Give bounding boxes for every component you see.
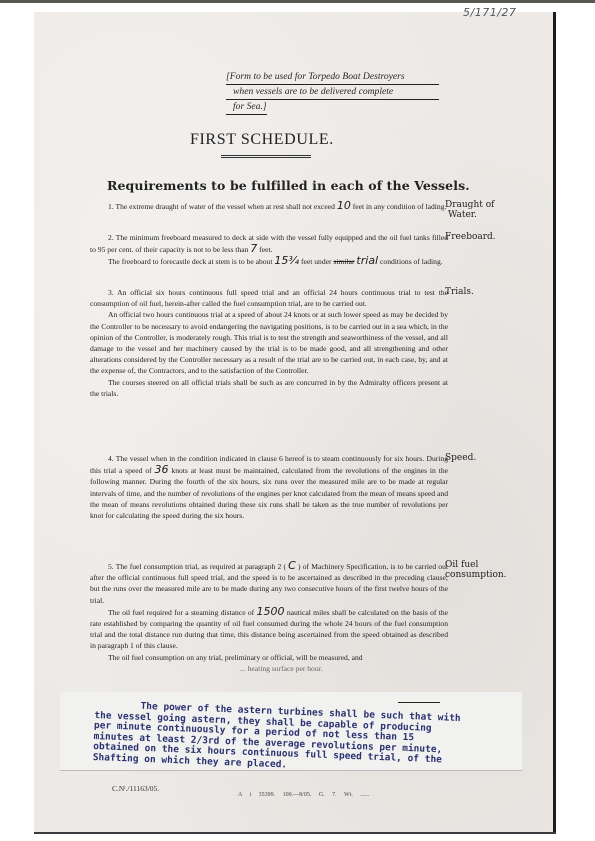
margin-label-draught: Draught of Water. <box>445 200 494 220</box>
clause-2-p2-b: feet under <box>299 257 333 266</box>
margin-label-trials: Trials. <box>445 287 474 297</box>
page-title: FIRST SCHEDULE. <box>190 131 334 149</box>
margin-label-freeboard: Freeboard. <box>445 232 496 242</box>
clause-5-p4: ... heating surface per hour. <box>90 663 448 674</box>
form-note-line-3: for Sea.] <box>226 100 267 115</box>
handwritten-trial: trial <box>356 254 378 267</box>
clause-5-p2-a: The oil fuel required for a steaming dis… <box>108 608 257 617</box>
form-note-line-2: when vessels are to be delivered complet… <box>226 85 439 100</box>
clause-2-p2-c: conditions of lading. <box>378 257 443 266</box>
margin-label-line: Freeboard. <box>445 232 496 242</box>
clause-3-p3: The courses steered on all official tria… <box>90 377 448 399</box>
margin-label-speed: Speed. <box>445 453 476 463</box>
clause-5: 5. The fuel consumption trial, as requir… <box>90 560 448 674</box>
clause-1: 1. The extreme draught of water of the v… <box>90 200 448 212</box>
margin-label-line: Oil fuel <box>445 560 507 570</box>
footer-reference: C.Nˡ./11163/05. <box>112 784 159 793</box>
margin-label-line: consumption. <box>445 570 507 580</box>
clause-3: 3. An official six hours continuous full… <box>90 287 448 399</box>
slip-rule <box>398 702 440 703</box>
margin-label-oil-fuel: Oil fuel consumption. <box>445 560 507 580</box>
handwritten-forecastle-freeboard: 15¾ <box>274 254 299 267</box>
margin-label-line: Draught of <box>445 200 494 210</box>
handwritten-distance: 1500 <box>257 605 285 618</box>
margin-label-line: Water. <box>445 210 494 220</box>
struck-word: similar <box>333 257 354 266</box>
clause-3-p2: An official two hours continuous trial a… <box>90 309 448 376</box>
clause-2: 2. The minimum freeboard measured to dec… <box>90 232 448 268</box>
margin-label-line: Speed. <box>445 453 476 463</box>
scan-bottom-edge <box>34 832 556 834</box>
clause-4: 4. The vessel when in the condition indi… <box>90 453 448 521</box>
clause-1-text-b: feet in any condition of lading. <box>351 202 447 211</box>
form-note-line-1: [Form to be used for Torpedo Boat Destro… <box>226 70 439 85</box>
form-usage-note: [Form to be used for Torpedo Boat Destro… <box>226 70 439 115</box>
handwritten-draught: 10 <box>337 199 351 212</box>
clause-5-p1-a: 5. The fuel consumption trial, as requir… <box>108 562 288 571</box>
handwritten-paragraph-letter: C <box>288 559 296 572</box>
clause-3-p1: 3. An official six hours continuous full… <box>90 287 448 309</box>
footer-print-line: A i 35399. 100.—8/05. G. 7. Wt. ...... <box>238 792 369 798</box>
clause-2-p1-b: feet. <box>257 245 272 254</box>
title-double-rule <box>221 155 311 158</box>
clause-1-text-a: 1. The extreme draught of water of the v… <box>108 202 337 211</box>
archive-reference: 5/171/27 <box>463 6 516 19</box>
page-subtitle: Requirements to be fulfilled in each of … <box>107 178 470 193</box>
scan-right-edge <box>553 12 556 832</box>
clause-5-p3: The oil fuel consumption on any trial, p… <box>90 652 448 663</box>
scan-top-edge <box>0 0 595 3</box>
clause-2-p2-a: The freeboard to forecastle deck at stem… <box>108 257 274 266</box>
margin-label-line: Trials. <box>445 287 474 297</box>
handwritten-speed: 36 <box>155 463 169 476</box>
